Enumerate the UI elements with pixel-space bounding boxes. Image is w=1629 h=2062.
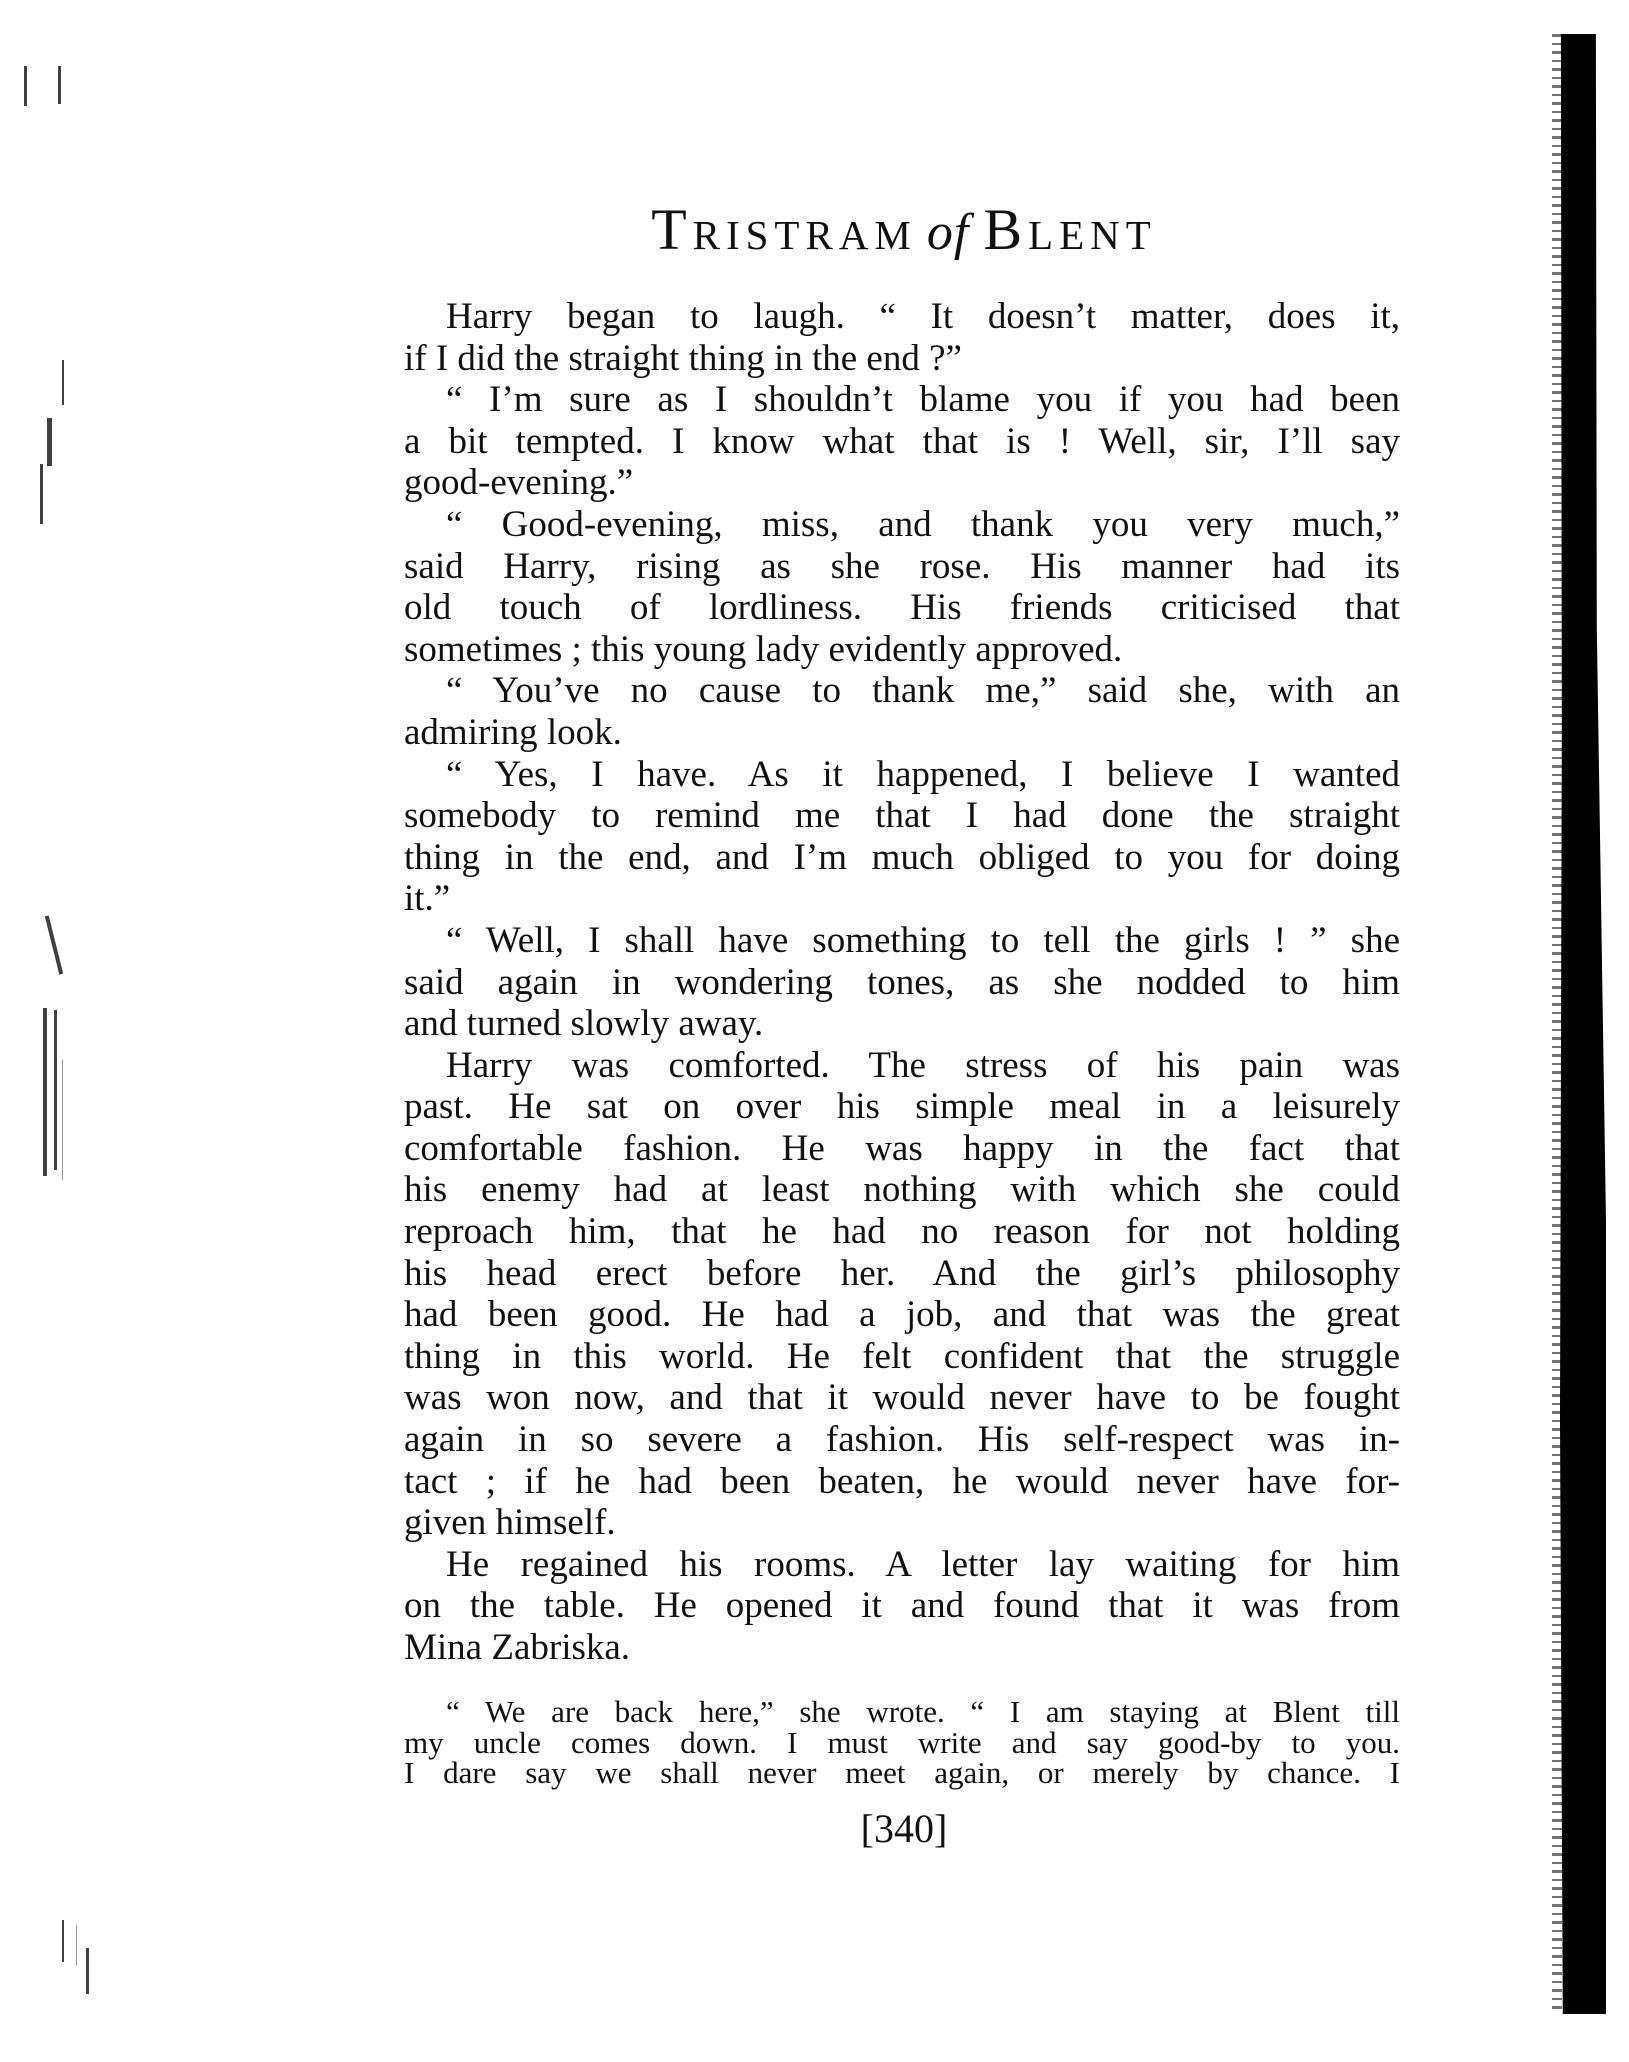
paragraph: “ I’m sure as I shouldn’t blame you if y…	[404, 379, 1400, 504]
scan-mark	[47, 418, 52, 466]
paragraph: He regained his rooms. A letter lay wait…	[404, 1544, 1400, 1669]
scan-mark	[76, 1925, 77, 1965]
page-number: [340]	[404, 1806, 1404, 1852]
binding-shadow-edge	[1552, 34, 1562, 2014]
scan-mark	[45, 915, 63, 974]
scan-mark	[40, 464, 43, 524]
running-head-title-part1: Tristram	[651, 197, 917, 262]
paragraph: “ Good-evening, miss, and thank you very…	[404, 504, 1400, 670]
text-line: comfortable fashion. He was happy in the…	[404, 1128, 1400, 1170]
letter-line: “ We are back here,” she wrote. “ I am s…	[404, 1697, 1400, 1728]
running-head-title-part2: Blent	[983, 197, 1156, 262]
text-line: reproach him, that he had no reason for …	[404, 1211, 1400, 1253]
text-line: Harry began to laugh. “ It doesn’t matte…	[404, 296, 1400, 338]
text-line: “ Well, I shall have something to tell t…	[404, 920, 1400, 962]
text-line: again in so severe a fashion. His self-r…	[404, 1419, 1400, 1461]
text-line: “ I’m sure as I shouldn’t blame you if y…	[404, 379, 1400, 421]
letter-line: I dare say we shall never meet again, or…	[404, 1758, 1400, 1789]
text-line: He regained his rooms. A letter lay wait…	[404, 1544, 1400, 1586]
paragraph: “ Yes, I have. As it happened, I believe…	[404, 754, 1400, 920]
paragraph: “ You’ve no cause to thank me,” said she…	[404, 670, 1400, 753]
text-line: thing in this world. He felt confident t…	[404, 1336, 1400, 1378]
scan-mark	[58, 66, 61, 104]
text-line: on the table. He opened it and found tha…	[404, 1585, 1400, 1627]
text-line: tact ; if he had been beaten, he would n…	[404, 1461, 1400, 1503]
text-line: “ You’ve no cause to thank me,” said she…	[404, 670, 1400, 712]
body-text: Harry began to laugh. “ It doesn’t matte…	[404, 296, 1400, 1669]
scan-mark	[62, 1060, 63, 1180]
text-line: good-evening.”	[404, 462, 1400, 504]
letter-excerpt: “ We are back here,” she wrote. “ I am s…	[404, 1697, 1400, 1789]
text-line: given himself.	[404, 1502, 1400, 1544]
text-line: Mina Zabriska.	[404, 1627, 1400, 1669]
paragraph: Harry began to laugh. “ It doesn’t matte…	[404, 296, 1400, 379]
text-line: was won now, and that it would never hav…	[404, 1377, 1400, 1419]
text-line: “ Yes, I have. As it happened, I believe…	[404, 754, 1400, 796]
text-line: and turned slowly away.	[404, 1003, 1400, 1045]
book-page: TristramofBlent Harry began to laugh. “ …	[0, 0, 1629, 2062]
text-line: old touch of lordliness. His friends cri…	[404, 587, 1400, 629]
text-line: sometimes ; this young lady evidently ap…	[404, 629, 1400, 671]
running-head-connector: of	[927, 204, 969, 261]
text-line: said again in wondering tones, as she no…	[404, 962, 1400, 1004]
letter-line: my uncle comes down. I must write and sa…	[404, 1728, 1400, 1759]
scan-mark	[62, 360, 64, 405]
scan-mark	[86, 1948, 89, 1994]
text-line: had been good. He had a job, and that wa…	[404, 1294, 1400, 1336]
scan-mark	[43, 1008, 47, 1176]
scan-mark	[24, 66, 27, 106]
text-line: “ Good-evening, miss, and thank you very…	[404, 504, 1400, 546]
binding-shadow	[1560, 34, 1606, 2014]
scan-mark	[54, 1010, 57, 1170]
text-line: if I did the straight thing in the end ?…	[404, 338, 1400, 380]
text-line: past. He sat on over his simple meal in …	[404, 1086, 1400, 1128]
text-line: said Harry, rising as she rose. His mann…	[404, 546, 1400, 588]
paragraph: Harry was comforted. The stress of his p…	[404, 1045, 1400, 1544]
text-line: thing in the end, and I’m much obliged t…	[404, 837, 1400, 879]
text-line: his enemy had at least nothing with whic…	[404, 1169, 1400, 1211]
text-line: it.”	[404, 878, 1400, 920]
text-line: somebody to remind me that I had done th…	[404, 795, 1400, 837]
text-line: his head erect before her. And the girl’…	[404, 1253, 1400, 1295]
text-line: admiring look.	[404, 712, 1400, 754]
running-head: TristramofBlent	[404, 198, 1404, 265]
text-line: Harry was comforted. The stress of his p…	[404, 1045, 1400, 1087]
text-line: a bit tempted. I know what that is ! Wel…	[404, 421, 1400, 463]
paragraph: “ Well, I shall have something to tell t…	[404, 920, 1400, 1045]
scan-mark	[62, 1920, 64, 1962]
